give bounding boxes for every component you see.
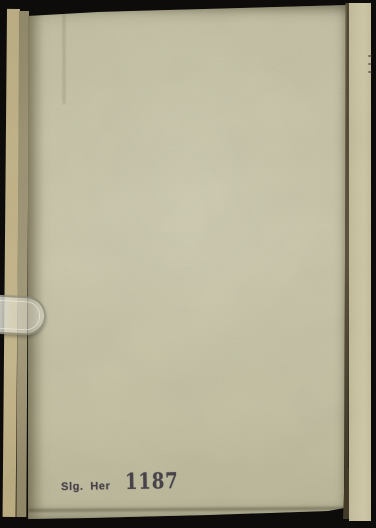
adjacent-page-print-mark: [368, 71, 372, 73]
page-top-crease: [63, 9, 65, 104]
stamp-collection-label: Slg. Her: [61, 480, 111, 493]
book-scan: Slg. Her 1187: [0, 0, 376, 528]
page-center-highlight: [28, 5, 347, 520]
main-page: Slg. Her 1187: [28, 5, 347, 520]
page-left-crease-shadow: [28, 5, 44, 520]
adjacent-page-print-mark: [368, 55, 372, 57]
page-bottom-edge-highlight: [28, 510, 341, 519]
page-stack-edge-inner: [16, 11, 29, 517]
stamp-number: 1187: [125, 468, 179, 495]
library-stamp: Slg. Her 1187: [61, 468, 191, 496]
adjacent-page-edge: [349, 3, 371, 521]
adjacent-page-print-mark: [368, 63, 371, 65]
